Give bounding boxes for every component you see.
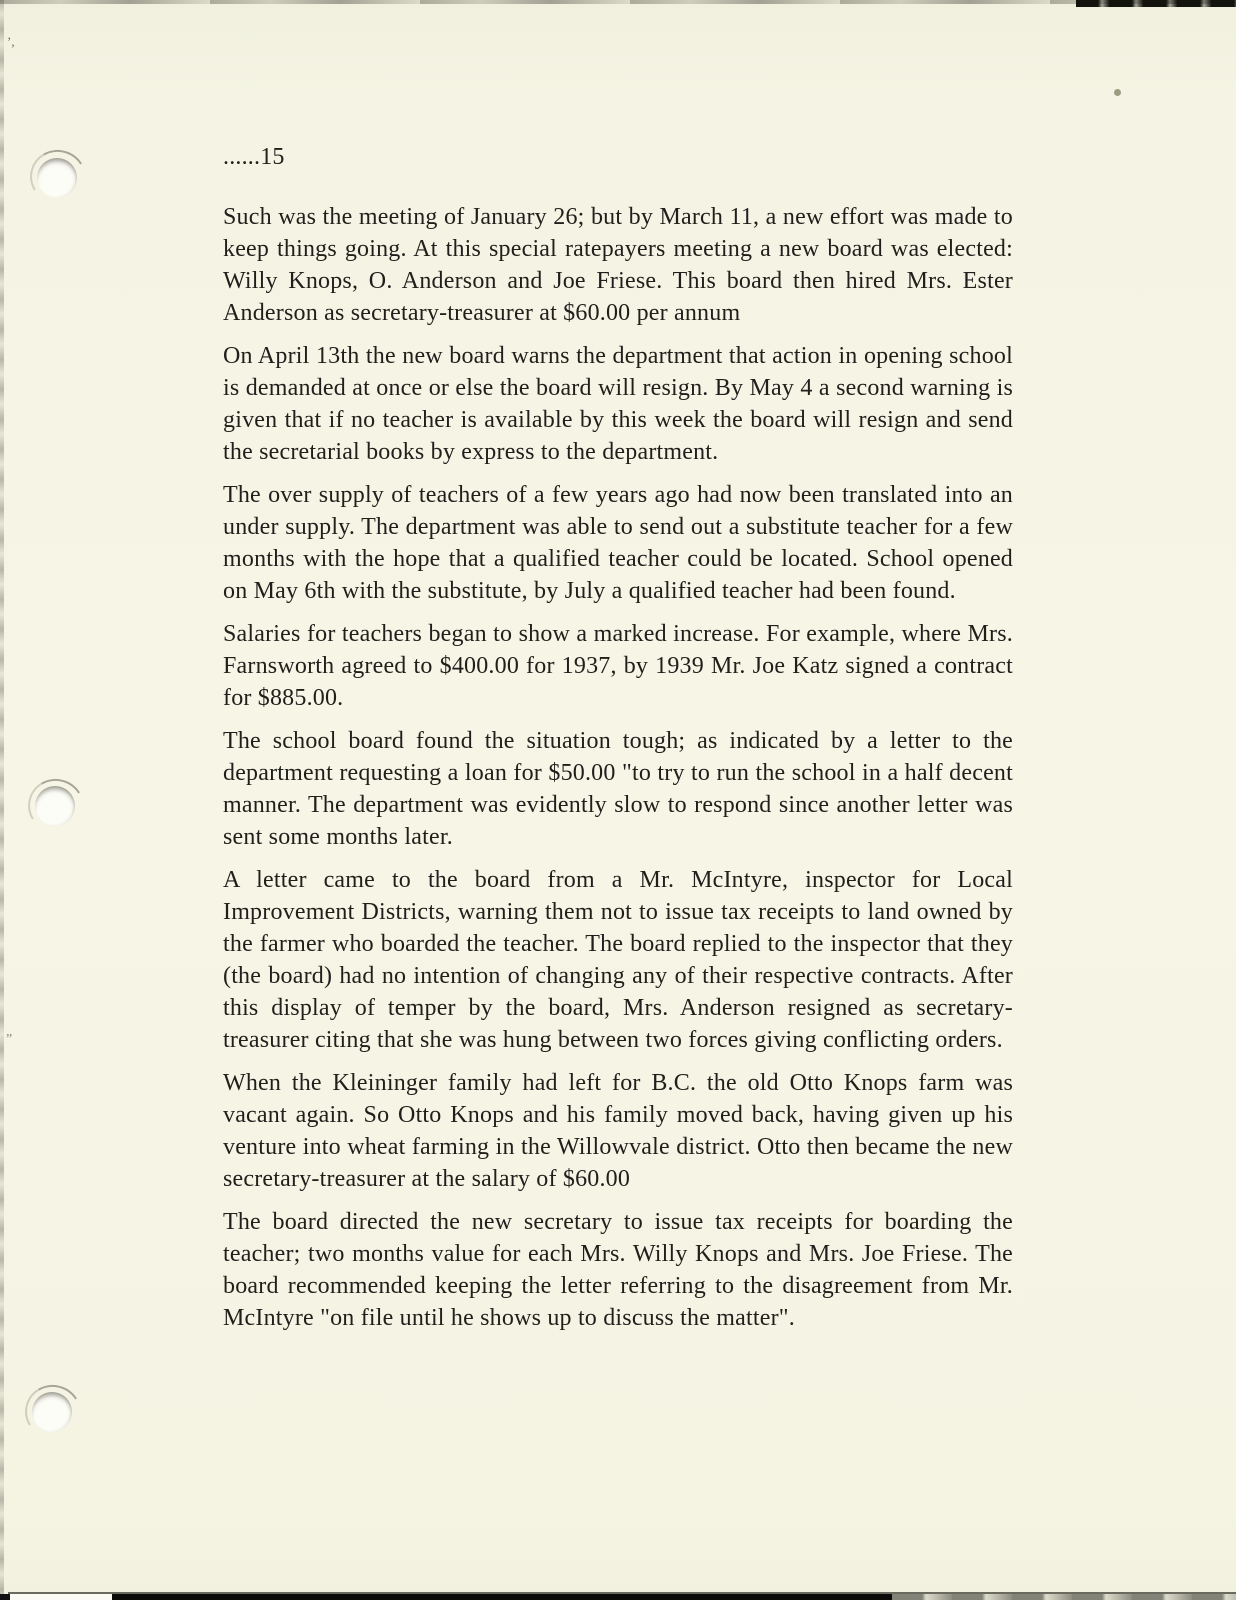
scan-artifact-left-edge [0,0,4,1600]
stray-mark: ” [6,1032,12,1048]
scan-artifact-bottom-white-strip [0,1594,112,1600]
paragraph: The over supply of teachers of a few yea… [223,479,1013,607]
paragraph: On April 13th the new board warns the de… [223,340,1013,468]
paragraph: A letter came to the board from a Mr. Mc… [223,864,1013,1056]
hole-punch [32,1392,72,1432]
ink-speck [1114,89,1121,96]
scan-artifact-bottom-black-bar [112,1594,892,1600]
scan-artifact-top-right-dashes [1076,0,1236,7]
paragraph: The board directed the new secretary to … [223,1206,1013,1334]
scan-artifact-bottom-corner-mark [0,1594,10,1600]
page-number: ......15 [223,141,1013,173]
hole-punch [35,786,75,826]
paragraph: The school board found the situation tou… [223,725,1013,853]
scanned-page: ’, ” ......15 Such was the meeting of Ja… [0,0,1236,1600]
stray-mark: ’, [7,34,15,50]
hole-punch [37,158,77,198]
paragraph: Salaries for teachers began to show a ma… [223,618,1013,714]
scan-artifact-top-edge [0,0,1236,4]
scan-artifact-bottom-right-dashes [892,1594,1236,1600]
document-text: ......15 Such was the meeting of January… [223,141,1013,1345]
paragraph: Such was the meeting of January 26; but … [223,201,1013,329]
paragraph: When the Kleininger family had left for … [223,1067,1013,1195]
